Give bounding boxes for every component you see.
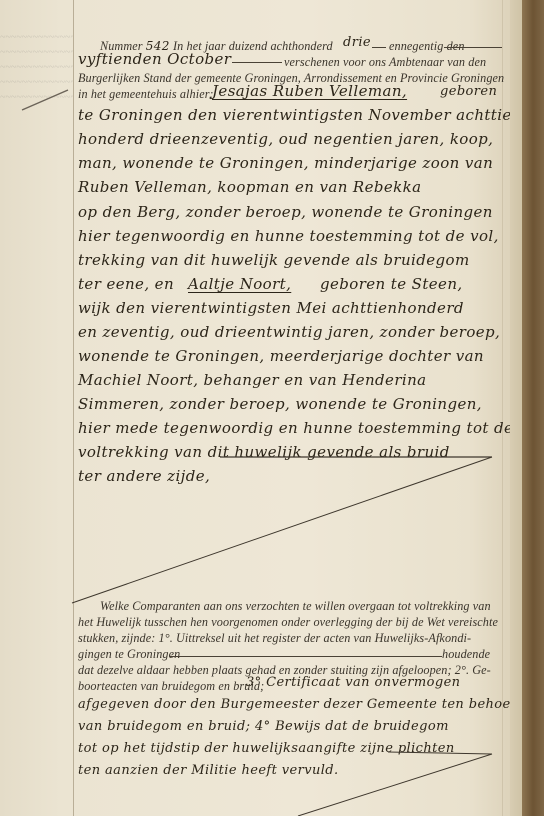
strike-lines [0,0,510,816]
document-page: ~~~~~~~~~~~~~~~~~~~~~~~~~~~~~~~~~~~~~~~~… [0,0,510,816]
page-edge [510,0,522,816]
book-binding-edge [522,0,544,816]
